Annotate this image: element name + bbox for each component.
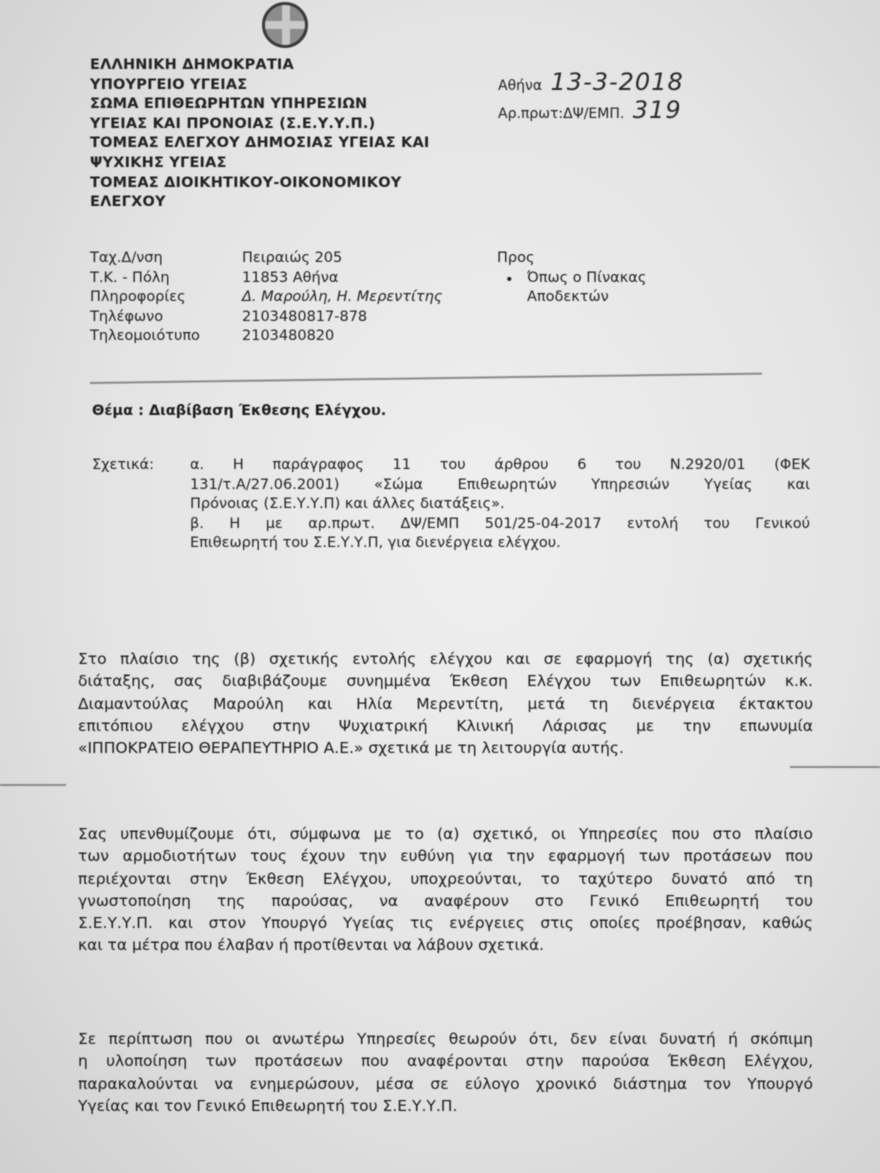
recipient-block: Προς • Όπως ο Πίνακας Αποδεκτών [497,249,646,308]
paragraph-line: και τα μέτρα που έλαβαν ή προτίθενται να… [78,934,813,956]
separator-line [90,373,762,384]
paragraph-line: Υγείας και τον Γενικό Επιθεωρητή του Σ.Ε… [78,1095,813,1117]
letterhead-line: ΥΓΕΙΑΣ ΚΑΙ ΠΡΟΝΟΙΑΣ (Σ.Ε.Υ.Υ.Π.) [90,115,430,135]
protocol-label: Αρ.πρωτ:ΔΨ/ΕΜΠ. [498,106,624,122]
paragraph-line: Σε περίπτωση που οι ανωτέρω Υπηρεσίες θε… [78,1028,813,1050]
contact-row-information: Πληροφορίες Δ. Μαρούλη, Η. Μερεντίτης [90,288,442,308]
paragraph-line: γνωστοποίηση της παρούσας, να αναφέρουν … [78,890,813,912]
handwritten-protocol-number: 319 [633,96,682,124]
recipient-line: Αποδεκτών [497,288,646,308]
contact-row-fax: Τηλεομοιότυπο 2103480820 [90,327,442,347]
paragraph-line: παρακαλούνται να ενημερώσουν, μέσα σε εύ… [78,1073,813,1095]
paragraph-line: Στο πλαίσιο της (β) σχετικής εντολής ελέ… [78,648,813,670]
bullet-icon: • [505,271,514,291]
contact-value: Δ. Μαρούλη, Η. Μερεντίτης [242,288,442,308]
contact-value: 2103480820 [242,327,334,347]
related-label: Σχετικά: [92,456,154,476]
margin-mark [0,784,66,786]
contact-value: Πειραιώς 205 [242,249,342,269]
date-row: Αθήνα 13-3-2018 [498,68,684,96]
contact-key: Τηλέφωνο [90,308,242,328]
letterhead-line: ΤΟΜΕΑΣ ΔΙΟΙΚΗΤΙΚΟΥ-ΟΙΚΟΝΟΜΙΚΟΥ [90,174,430,194]
letterhead: ΕΛΛΗΝΙΚΗ ΔΗΜΟΚΡΑΤΙΑ ΥΠΟΥΡΓΕΙΟ ΥΓΕΙΑΣ ΣΩΜ… [90,56,430,213]
paragraph-line: διάταξης, σας διαβιβάζουμε συνημμένα Έκθ… [78,670,813,692]
related-items: α. Η παράγραφος 11 του άρθρου 6 του Ν.29… [190,456,810,554]
place-label: Αθήνα [498,78,542,94]
contact-key: Ταχ.Δ/νση [90,249,242,269]
letterhead-line: ΥΠΟΥΡΓΕΙΟ ΥΓΕΙΑΣ [90,76,430,96]
contact-row-phone: Τηλέφωνο 2103480817-878 [90,308,442,328]
paragraph-line: των αρμοδιοτήτων τους έχουν την ευθύνη γ… [78,845,813,867]
greek-coat-of-arms-icon [262,2,308,48]
margin-mark [790,766,880,768]
letterhead-line: ΣΩΜΑ ΕΠΙΘΕΩΡΗΤΩΝ ΥΠΗΡΕΣΙΩΝ [90,95,430,115]
recipient-line: Όπως ο Πίνακας [497,269,646,289]
contact-value: 11853 Αθήνα [242,269,338,289]
contact-key: Τ.Κ. - Πόλη [90,269,242,289]
body-paragraph-1: Στο πλαίσιο της (β) σχετικής εντολής ελέ… [78,648,813,759]
paragraph-line: Σ.Ε.Υ.Υ.Π. και στον Υπουργό Υγείας τις ε… [78,912,813,934]
related-line: Πρόνοιας (Σ.Ε.Υ.Υ.Π) και άλλες διατάξεις… [190,495,810,515]
contact-value: 2103480817-878 [242,308,367,328]
related-line: Επιθεωρητή του Σ.Ε.Υ.Υ.Π, για διενέργεια… [190,534,810,554]
related-line: α. Η παράγραφος 11 του άρθρου 6 του Ν.29… [190,456,810,476]
paragraph-line: Σας υπενθυμίζουμε ότι, σύμφωνα με το (α)… [78,823,813,845]
paragraph-line: επιτόπιου ελέγχου στην Ψυχιατρική Κλινικ… [78,715,813,737]
paragraph-line: Διαμαντούλας Μαρούλη και Ηλία Μερεντίτη,… [78,693,813,715]
related-line: β. Η με αρ.πρωτ. ΔΨ/ΕΜΠ 501/25-04-2017 ε… [190,515,810,535]
letterhead-line: ΕΛΛΗΝΙΚΗ ΔΗΜΟΚΡΑΤΙΑ [90,56,430,76]
paragraph-line: «ΙΠΠΟΚΡΑΤΕΙΟ ΘΕΡΑΠΕΥΤΗΡΙΟ Α.Ε.» σχετικά … [78,737,813,759]
letterhead-line: ΨΥΧΙΚΗΣ ΥΓΕΙΑΣ [90,154,430,174]
recipient-label: Προς [497,249,646,269]
contact-key: Τηλεομοιότυπο [90,327,242,347]
related-line: 131/τ.Α/27.06.2001) «Σώμα Επιθεωρητών Υπ… [190,476,810,496]
contact-row-postcode-city: Τ.Κ. - Πόλη 11853 Αθήνα [90,269,442,289]
paragraph-line: περιέχονται στην Έκθεση Ελέγχου, υποχρεο… [78,868,813,890]
paragraph-line: η υλοποίηση των προτάσεων που αναφέροντα… [78,1050,813,1072]
protocol-row: Αρ.πρωτ:ΔΨ/ΕΜΠ. 319 [498,96,684,124]
letterhead-line: ΤΟΜΕΑΣ ΕΛΕΓΧΟΥ ΔΗΜΟΣΙΑΣ ΥΓΕΙΑΣ ΚΑΙ [90,134,430,154]
document-meta: Αθήνα 13-3-2018 Αρ.πρωτ:ΔΨ/ΕΜΠ. 319 [498,68,684,124]
body-paragraph-3: Σε περίπτωση που οι ανωτέρω Υπηρεσίες θε… [78,1028,813,1117]
contact-key: Πληροφορίες [90,288,242,308]
contact-row-address: Ταχ.Δ/νση Πειραιώς 205 [90,249,442,269]
scanned-letter-page: ΕΛΛΗΝΙΚΗ ΔΗΜΟΚΡΑΤΙΑ ΥΠΟΥΡΓΕΙΟ ΥΓΕΙΑΣ ΣΩΜ… [0,0,880,1173]
subject-line: Θέμα : Διαβίβαση Έκθεσης Ελέγχου. [92,403,386,419]
letterhead-line: ΕΛΕΓΧΟΥ [90,193,430,213]
contact-details: Ταχ.Δ/νση Πειραιώς 205 Τ.Κ. - Πόλη 11853… [90,249,442,347]
body-paragraph-2: Σας υπενθυμίζουμε ότι, σύμφωνα με το (α)… [78,823,813,957]
handwritten-date: 13-3-2018 [551,68,684,96]
